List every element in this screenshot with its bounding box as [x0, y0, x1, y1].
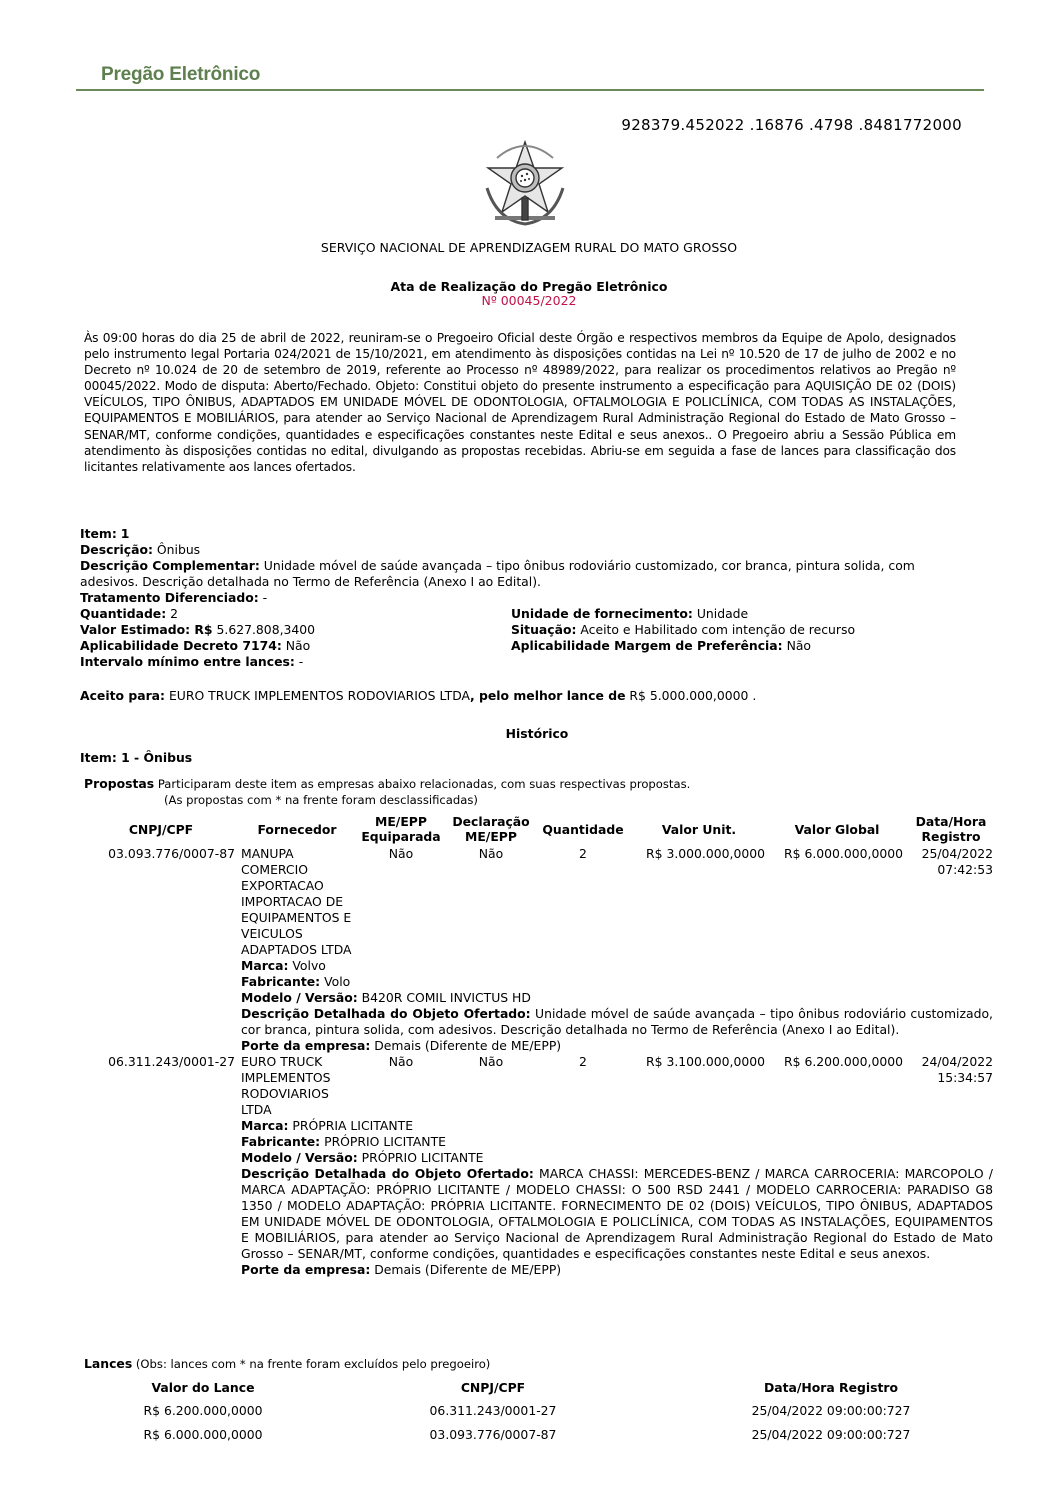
supplier-cell: EURO TRUCK IMPLEMENTOS RODOVIARIOS LTDA — [238, 1054, 356, 1118]
column-header: Valor Unit. — [630, 812, 768, 846]
brazil-coat-of-arms-icon — [477, 138, 573, 230]
cnpj-cell: 06.311.243/0001-27 — [84, 1054, 238, 1118]
history-item-title: Item: 1 - Ônibus — [80, 750, 192, 765]
proposals-table: CNPJ/CPF Fornecedor ME/EPP Equiparada De… — [84, 812, 996, 1278]
unit-value-cell: R$ 3.100.000,0000 — [630, 1054, 768, 1118]
label: Marca: — [241, 958, 288, 973]
column-header: Fornecedor — [238, 812, 356, 846]
accepted-line: Aceito para: EURO TRUCK IMPLEMENTOS RODO… — [80, 688, 756, 703]
quantity-cell: 2 — [536, 1054, 630, 1118]
table-row: R$ 6.000.000,0000 03.093.776/0007-87 25/… — [84, 1422, 998, 1446]
item-summary: Item: 1 Descrição: Ônibus Descrição Comp… — [80, 526, 960, 670]
brand: PRÓPRIA LICITANTE — [292, 1118, 413, 1133]
label: Tratamento Diferenciado: — [80, 590, 259, 605]
supplier-cell: MANUPA COMERCIO EXPORTACAO IMPORTACAO DE… — [238, 846, 356, 958]
table-row: 06.311.243/0001-27 EURO TRUCK IMPLEMENTO… — [84, 1054, 996, 1118]
table-row: 03.093.776/0007-87 MANUPA COMERCIO EXPOR… — [84, 846, 996, 958]
proposals-note: (As propostas com * na frente foram desc… — [84, 792, 690, 808]
column-header: ME/EPP Equiparada — [356, 812, 446, 846]
column-header: Quantidade — [536, 812, 630, 846]
column-header: CNPJ/CPF — [84, 812, 238, 846]
label: Valor Estimado: R$ — [80, 622, 213, 637]
header-divider — [76, 89, 984, 91]
intro-paragraph: Às 09:00 horas do dia 25 de abril de 202… — [84, 330, 956, 475]
item-status: Aceito e Habilitado com intenção de recu… — [580, 622, 855, 637]
item-estimated-value: 5.627.808,3400 — [217, 622, 316, 637]
label: Propostas — [84, 776, 154, 791]
model: B420R COMIL INVICTUS HD — [362, 990, 531, 1005]
global-value-cell: R$ 6.200.000,0000 — [768, 1054, 906, 1118]
page-header-title: Pregão Eletrônico — [101, 64, 260, 86]
bid-value: R$ 6.000.000,0000 — [84, 1422, 322, 1446]
label: Descrição Complementar: — [80, 558, 260, 573]
bids-header: Lances (Obs: lances com * na frente fora… — [84, 1356, 490, 1371]
column-header: Valor Global — [768, 812, 906, 846]
label: Modelo / Versão: — [241, 1150, 358, 1165]
item-min-interval: - — [299, 654, 303, 669]
manufacturer: PRÓPRIO LICITANTE — [324, 1134, 446, 1149]
datetime-part: 25/04/2022 — [909, 846, 993, 862]
label: Fabricante: — [241, 1134, 320, 1149]
item-treatment: - — [263, 590, 267, 605]
ata-title: Ata de Realização do Pregão Eletrônico — [0, 279, 1058, 294]
item-supply-unit: Unidade — [697, 606, 748, 621]
label: Descrição: — [80, 542, 153, 557]
bids-table: Valor do Lance CNPJ/CPF Data/Hora Regist… — [84, 1376, 998, 1446]
model: PRÓPRIO LICITANTE — [362, 1150, 484, 1165]
bid-datetime: 25/04/2022 09:00:00:727 — [664, 1422, 998, 1446]
label: Quantidade: — [80, 606, 166, 621]
datetime-part: 15:34:57 — [909, 1070, 993, 1086]
bids-note: (Obs: lances com * na frente foram exclu… — [136, 1357, 490, 1371]
datetime-cell: 24/04/202215:34:57 — [906, 1054, 996, 1118]
label: Fabricante: — [241, 974, 320, 989]
item-decree-applicability: Não — [286, 638, 310, 653]
bid-datetime: 25/04/2022 09:00:00:727 — [664, 1398, 998, 1422]
organization-name: SERVIÇO NACIONAL DE APRENDIZAGEM RURAL D… — [0, 240, 1058, 255]
column-header: Valor do Lance — [84, 1376, 322, 1398]
datetime-part: 24/04/2022 — [909, 1054, 993, 1070]
label: Aplicabilidade Decreto 7174: — [80, 638, 282, 653]
label: Unidade de fornecimento: — [511, 606, 693, 621]
declaration-cell: Não — [446, 1054, 536, 1118]
label: Porte da empresa: — [241, 1262, 370, 1277]
label: , pelo melhor lance de — [470, 688, 625, 703]
accepted-company: EURO TRUCK IMPLEMENTOS RODOVIARIOS LTDA — [169, 688, 470, 703]
column-header: Declaração ME/EPP — [446, 812, 536, 846]
item-quantity: 2 — [170, 606, 178, 621]
proposals-text: Participaram deste item as empresas abai… — [158, 777, 691, 791]
label: Descrição Detalhada do Objeto Ofertado: — [241, 1006, 531, 1021]
quantity-cell: 2 — [536, 846, 630, 958]
column-header: CNPJ/CPF — [322, 1376, 664, 1398]
declaration-cell: Não — [446, 846, 536, 958]
bid-cnpj: 03.093.776/0007-87 — [322, 1422, 664, 1446]
best-bid-value: R$ 5.000.000,0000 . — [629, 688, 756, 703]
label: Item: — [80, 526, 117, 541]
label: Descrição Detalhada do Objeto Ofertado: — [241, 1166, 534, 1181]
unit-value-cell: R$ 3.000.000,0000 — [630, 846, 768, 958]
company-size: Demais (Diferente de ME/EPP) — [374, 1038, 561, 1053]
me-epp-cell: Não — [356, 1054, 446, 1118]
proposal-details-row: Marca: Volvo Fabricante: Volo Modelo / V… — [84, 958, 996, 1054]
column-header: Data/Hora Registro — [906, 812, 996, 846]
label: Modelo / Versão: — [241, 990, 358, 1005]
datetime-cell: 25/04/202207:42:53 — [906, 846, 996, 958]
history-title: Histórico — [0, 726, 1058, 741]
ata-number: Nº 00045/2022 — [0, 293, 1058, 308]
proposal-details-row: Marca: PRÓPRIA LICITANTE Fabricante: PRÓ… — [84, 1118, 996, 1278]
item-description: Ônibus — [157, 542, 200, 557]
global-value-cell: R$ 6.000.000,0000 — [768, 846, 906, 958]
me-epp-cell: Não — [356, 846, 446, 958]
document-code: 928379.452022 .16876 .4798 .8481772000 — [621, 116, 962, 134]
cnpj-cell: 03.093.776/0007-87 — [84, 846, 238, 958]
column-header: Data/Hora Registro — [664, 1376, 998, 1398]
manufacturer: Volo — [324, 974, 350, 989]
item-number: 1 — [121, 526, 130, 541]
label: Porte da empresa: — [241, 1038, 370, 1053]
item-preference-margin: Não — [787, 638, 811, 653]
label: Situação: — [511, 622, 576, 637]
label: Lances — [84, 1356, 132, 1371]
table-row: R$ 6.200.000,0000 06.311.243/0001-27 25/… — [84, 1398, 998, 1422]
bid-cnpj: 06.311.243/0001-27 — [322, 1398, 664, 1422]
label: Intervalo mínimo entre lances: — [80, 654, 295, 669]
label: Marca: — [241, 1118, 288, 1133]
label: Aceito para: — [80, 688, 165, 703]
proposals-intro: Propostas Participaram deste item as emp… — [84, 776, 690, 808]
label: Aplicabilidade Margem de Preferência: — [511, 638, 783, 653]
brand: Volvo — [292, 958, 325, 973]
bid-value: R$ 6.200.000,0000 — [84, 1398, 322, 1422]
company-size: Demais (Diferente de ME/EPP) — [374, 1262, 561, 1277]
datetime-part: 07:42:53 — [909, 862, 993, 878]
